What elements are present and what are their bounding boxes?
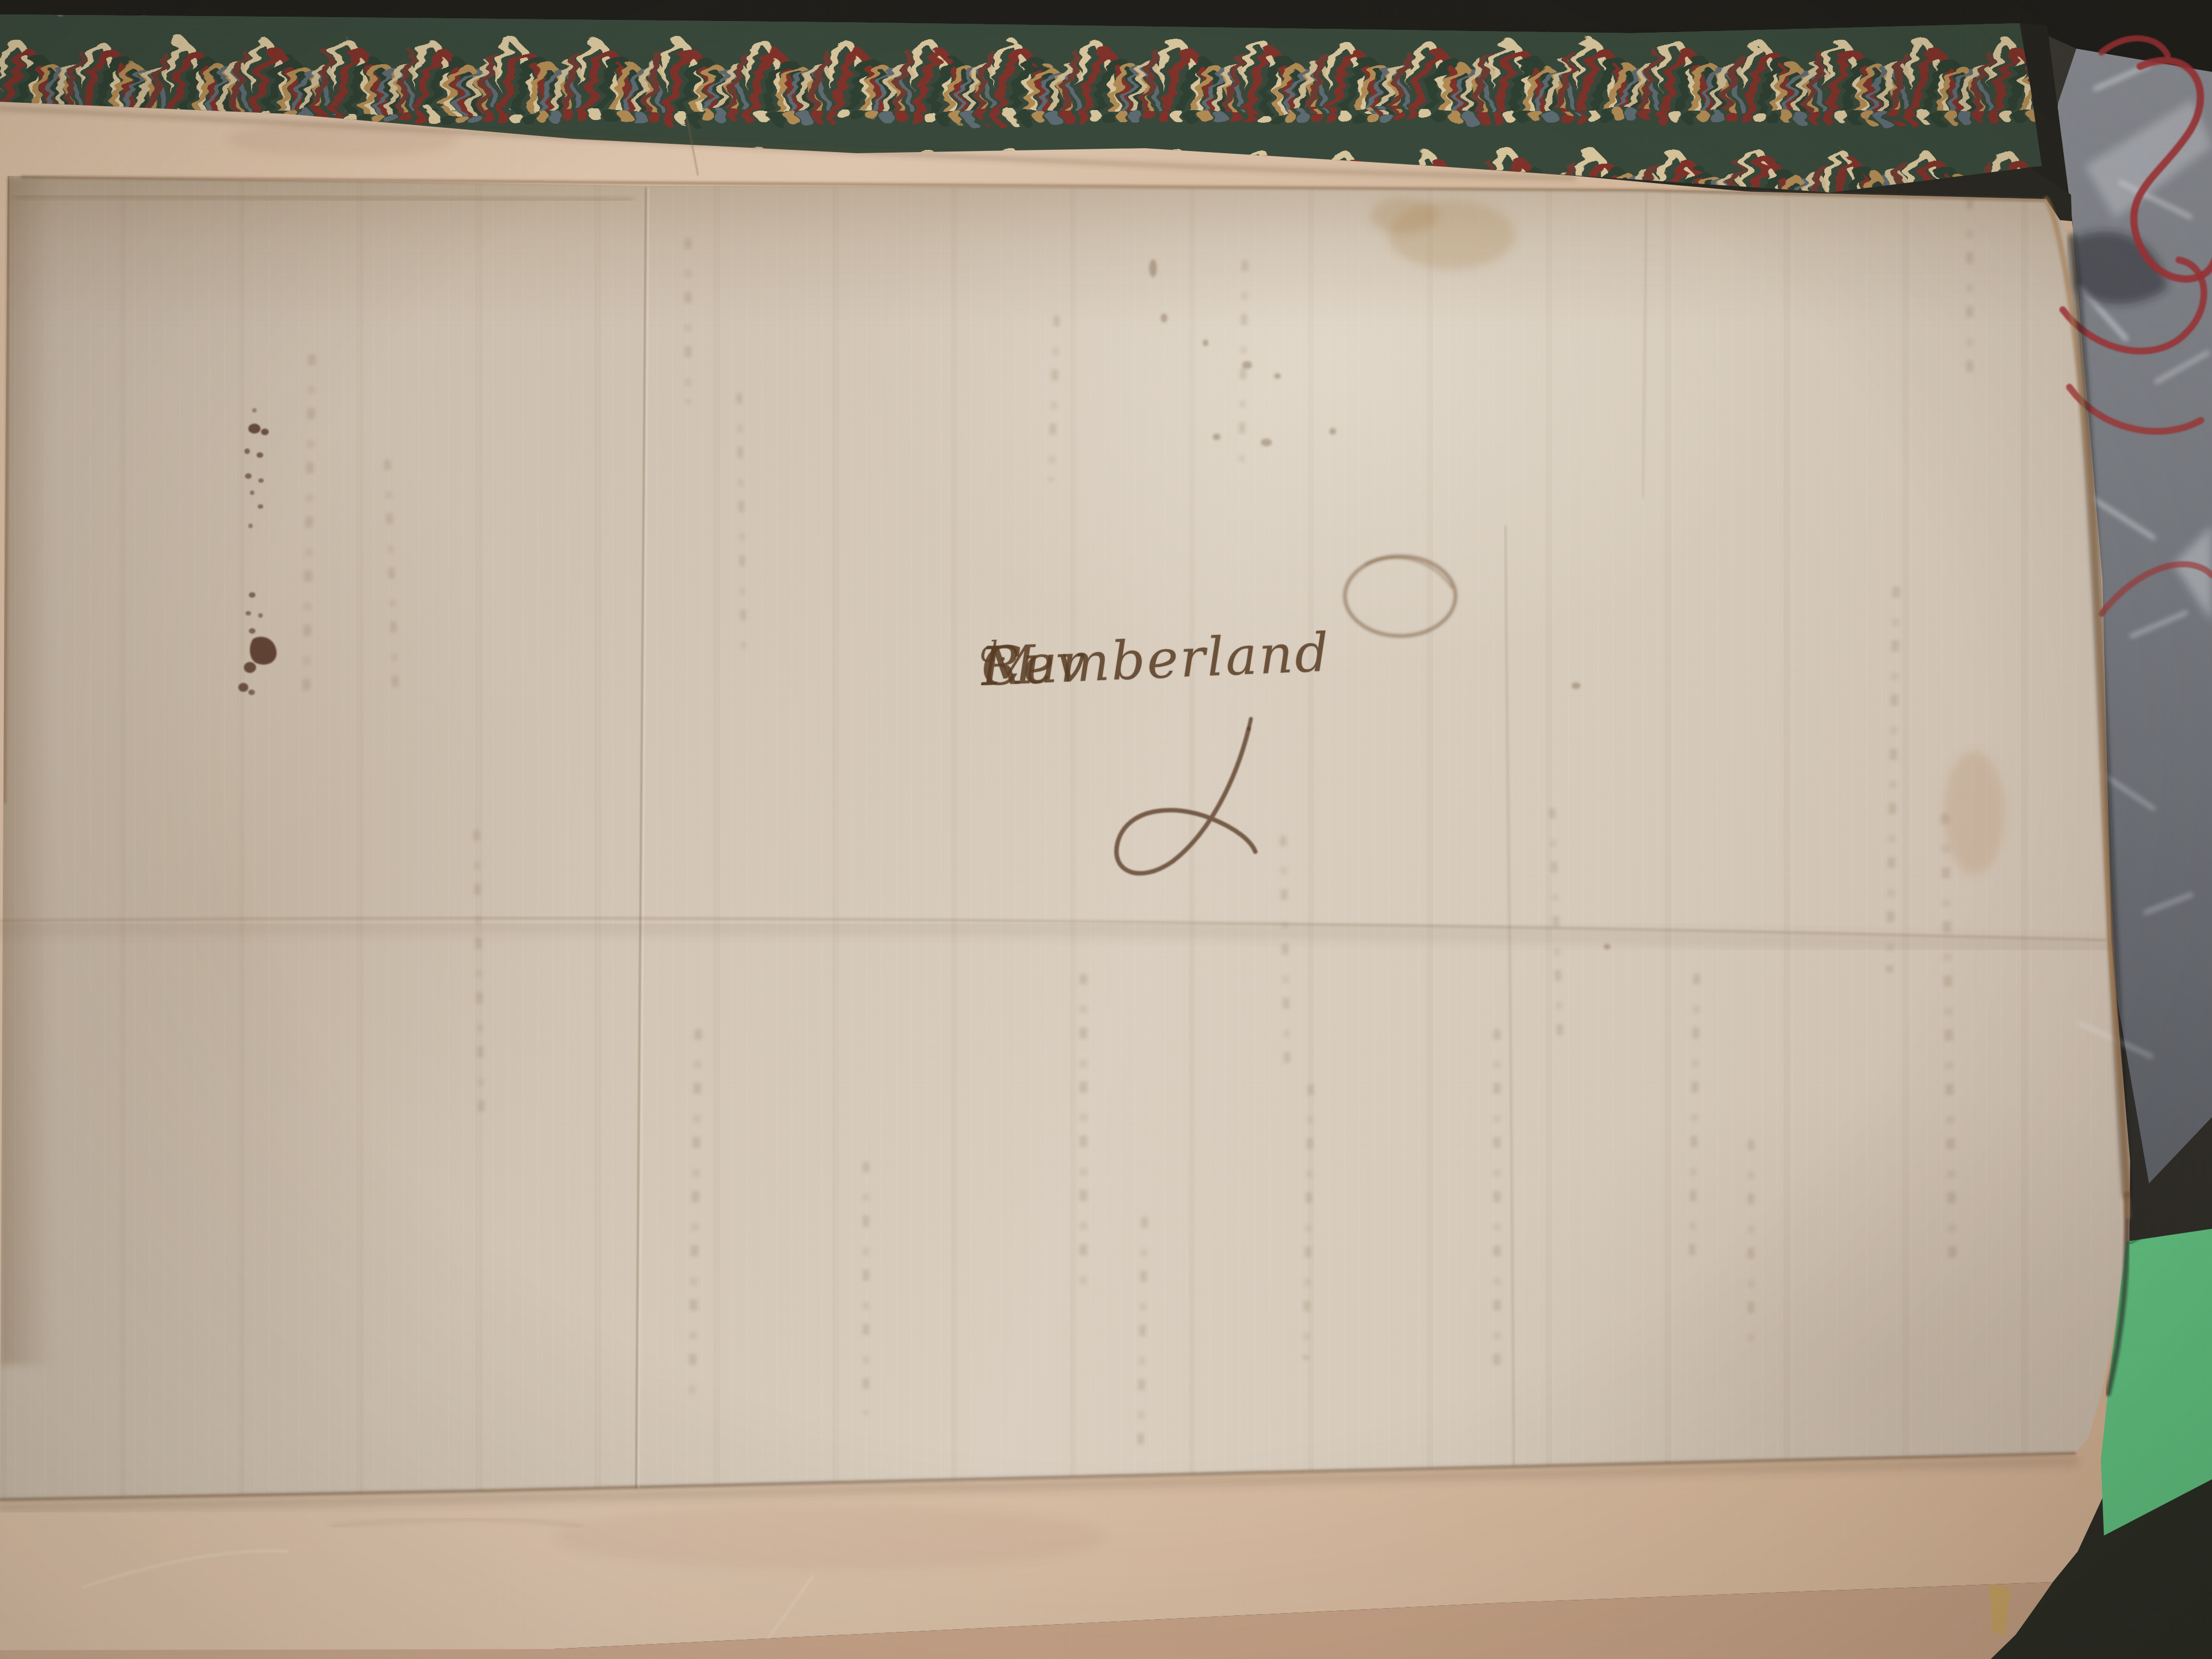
bleedthrough-mark xyxy=(863,1161,869,1416)
bleedthrough-mark xyxy=(1940,813,1957,1266)
top-edge-stain xyxy=(0,176,2074,325)
bleedthrough-mark xyxy=(1079,973,1087,1294)
bleedthrough-mark xyxy=(688,1029,702,1405)
bleedthrough-mark xyxy=(737,393,747,658)
inscription-surname: Cumberland xyxy=(980,622,1332,698)
bleedthrough-mark xyxy=(1303,1084,1314,1360)
letter-sheet-verso: Revd.MCumberland xyxy=(0,0,2212,1659)
bleedthrough-mark xyxy=(1549,807,1564,1040)
bleedthrough-mark xyxy=(302,354,316,697)
handwritten-inscription: Revd.MCumberland xyxy=(980,611,1593,758)
bleedthrough-mark xyxy=(1280,835,1290,1067)
bleedthrough-mark xyxy=(1747,1139,1754,1349)
bleedthrough-mark xyxy=(473,830,484,1117)
bleedthrough-mark xyxy=(1493,1029,1501,1383)
bleedthrough-mark xyxy=(384,459,399,697)
bleedthrough-mark xyxy=(1886,586,1900,973)
photo-of-manuscript-letter-in-album: Revd.MCumberland xyxy=(0,0,2212,1659)
bleedthrough-mark xyxy=(1137,1217,1147,1449)
left-edge-stain xyxy=(0,176,53,1365)
bleedthrough-mark xyxy=(1688,973,1700,1261)
bleedthrough-mark xyxy=(685,238,691,404)
bleedthrough-mark xyxy=(1048,315,1060,481)
